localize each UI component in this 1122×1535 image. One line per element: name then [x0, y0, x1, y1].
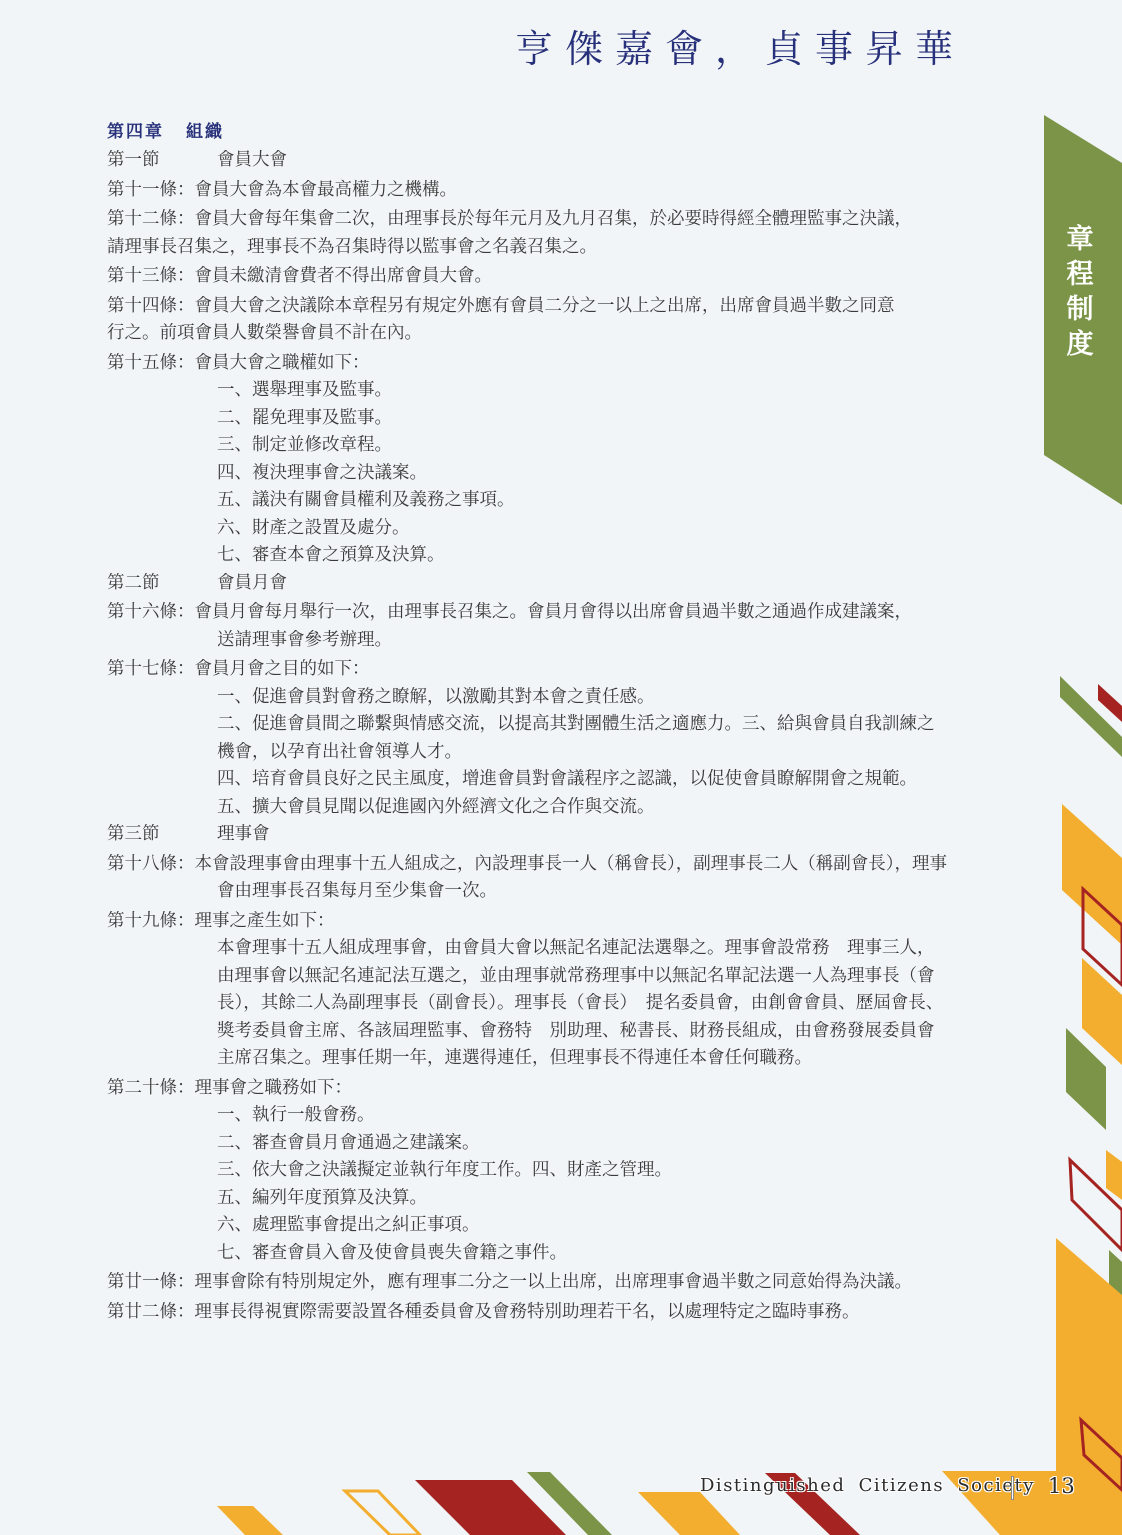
side-tab-label: 章 程 制 度 [1062, 222, 1098, 362]
list-item: 五、編列年度預算及決算。 [107, 1185, 1037, 1213]
orange-outline-bottom [345, 1491, 420, 1535]
continuation-line: 由理事會以無記名連記法互選之，並由理事就常務理事中以無記名單記法選一人為理事長（… [107, 963, 1037, 991]
article: 第十六條：會員月會每月舉行一次，由理事長召集之。會員月會得以出席會員過半數之通過… [107, 599, 1037, 627]
document-body: 第四章組織 第一節會員大會第十一條：會員大會為本會最高權力之機構。第十二條：會員… [107, 118, 1037, 1326]
article-list: 第一節會員大會第十一條：會員大會為本會最高權力之機構。第十二條：會員大會每年集會… [107, 147, 1037, 1326]
side-tab-char: 度 [1062, 327, 1098, 362]
list-item: 一、選舉理事及監事。 [107, 377, 1037, 405]
list-item: 三、制定並修改章程。 [107, 432, 1037, 460]
section-heading: 第一節會員大會 [107, 147, 1037, 175]
chapter-heading: 第四章組織 [107, 118, 1037, 147]
orange-bottom-1 [217, 1506, 283, 1535]
continuation-line: 會由理事長召集每月至少集會一次。 [107, 878, 1037, 906]
section-label: 第一節 [107, 147, 217, 175]
list-item: 六、財產之設置及處分。 [107, 515, 1037, 543]
section-heading: 第三節理事會 [107, 821, 1037, 849]
continuation-line: 獎考委員會主席、各該屆理監事、會務特 別助理、秘書長、財務長組成，由會務發展委員… [107, 1018, 1037, 1046]
continuation-line: 請理事長召集之，理事長不為召集時得以監事會之名義召集之。 [107, 234, 1037, 262]
article: 第廿二條：理事長得視實際需要設置各種委員會及會務特別助理若干名，以處理特定之臨時… [107, 1299, 1037, 1327]
footer-separator [1011, 1476, 1014, 1500]
continuation-line: 主席召集之。理事任期一年，連選得連任，但理事長不得連任本會任何職務。 [107, 1045, 1037, 1073]
continuation-line: 長），其餘二人為副理事長（副會長）。理事長（會長） 提名委員會，由創會會員、歷屆… [107, 990, 1037, 1018]
continuation-line: 送請理事會參考辦理。 [107, 627, 1037, 655]
section-title: 會員月會 [217, 573, 287, 593]
orange-block-2 [1082, 958, 1122, 1065]
article: 第十二條：會員大會每年集會二次，由理事長於每年元月及九月召集，於必要時得經全體理… [107, 206, 1037, 234]
section-label: 第二節 [107, 570, 217, 598]
article: 第十七條：會員月會之目的如下： [107, 656, 1037, 684]
article: 第十九條：理事之產生如下： [107, 908, 1037, 936]
section-label: 第三節 [107, 821, 217, 849]
footer-society-name: Distinguished Citizens Society [700, 1475, 1035, 1496]
article: 第十四條：會員大會之決議除本章程另有規定外應有會員二分之一以上之出席，出席會員過… [107, 293, 1037, 321]
side-tab-char: 章 [1062, 222, 1098, 257]
continuation-line: 機會，以孕育出社會領導人才。 [107, 739, 1037, 767]
red-stripe [1098, 684, 1122, 722]
section-heading: 第二節會員月會 [107, 570, 1037, 598]
side-tab-char: 程 [1062, 257, 1098, 292]
list-item: 二、審查會員月會通過之建議案。 [107, 1130, 1037, 1158]
green-stripe [1060, 676, 1122, 757]
continuation-line: 行之。前項會員人數榮譽會員不計在內。 [107, 320, 1037, 348]
list-item: 五、議決有關會員權利及義務之事項。 [107, 487, 1037, 515]
section-title: 會員大會 [217, 150, 287, 170]
list-item: 五、擴大會員見聞以促進國內外經濟文化之合作與交流。 [107, 794, 1037, 822]
chapter-title: 組織 [186, 122, 224, 142]
list-item: 七、審查本會之預算及決算。 [107, 542, 1037, 570]
list-item: 一、執行一般會務。 [107, 1102, 1037, 1130]
article: 第十三條：會員未繳清會費者不得出席會員大會。 [107, 263, 1037, 291]
list-item: 四、複決理事會之決議案。 [107, 460, 1037, 488]
list-item: 一、促進會員對會務之瞭解，以激勵其對本會之責任感。 [107, 684, 1037, 712]
list-item: 七、審查會員入會及使會員喪失會籍之事件。 [107, 1240, 1037, 1268]
list-item: 四、培育會員良好之民主風度，增進會員對會議程序之認識，以促使會員瞭解開會之規範。 [107, 766, 1037, 794]
article: 第廿一條：理事會除有特別規定外，應有理事二分之一以上出席，出席理事會過半數之同意… [107, 1269, 1037, 1297]
article: 第十八條：本會設理事會由理事十五人組成之，內設理事長一人（稱會長），副理事長二人… [107, 851, 1037, 879]
list-item: 六、處理監事會提出之糾正事項。 [107, 1212, 1037, 1240]
chapter-number: 第四章 [107, 122, 164, 142]
page-number: 13 [1048, 1474, 1075, 1498]
orange-block [1062, 804, 1122, 945]
article: 第二十條：理事會之職務如下： [107, 1075, 1037, 1103]
side-tab-char: 制 [1062, 292, 1098, 327]
section-title: 理事會 [217, 824, 270, 844]
header-motto: 亨傑嘉會，貞事昇華 [515, 18, 965, 73]
list-item: 二、促進會員間之聯繫與情感交流，以提高其對團體生活之適應力。三、給與會員自我訓練… [107, 711, 1037, 739]
list-item: 本會理事十五人組成理事會，由會員大會以無記名連記法選舉之。理事會設常務 理事三人… [107, 935, 1037, 963]
article: 第十五條：會員大會之職權如下： [107, 350, 1037, 378]
orange-block-3 [1106, 1150, 1122, 1200]
article: 第十一條：會員大會為本會最高權力之機構。 [107, 177, 1037, 205]
list-item: 二、罷免理事及監事。 [107, 405, 1037, 433]
list-item: 三、依大會之決議擬定並執行年度工作。四、財產之管理。 [107, 1157, 1037, 1185]
